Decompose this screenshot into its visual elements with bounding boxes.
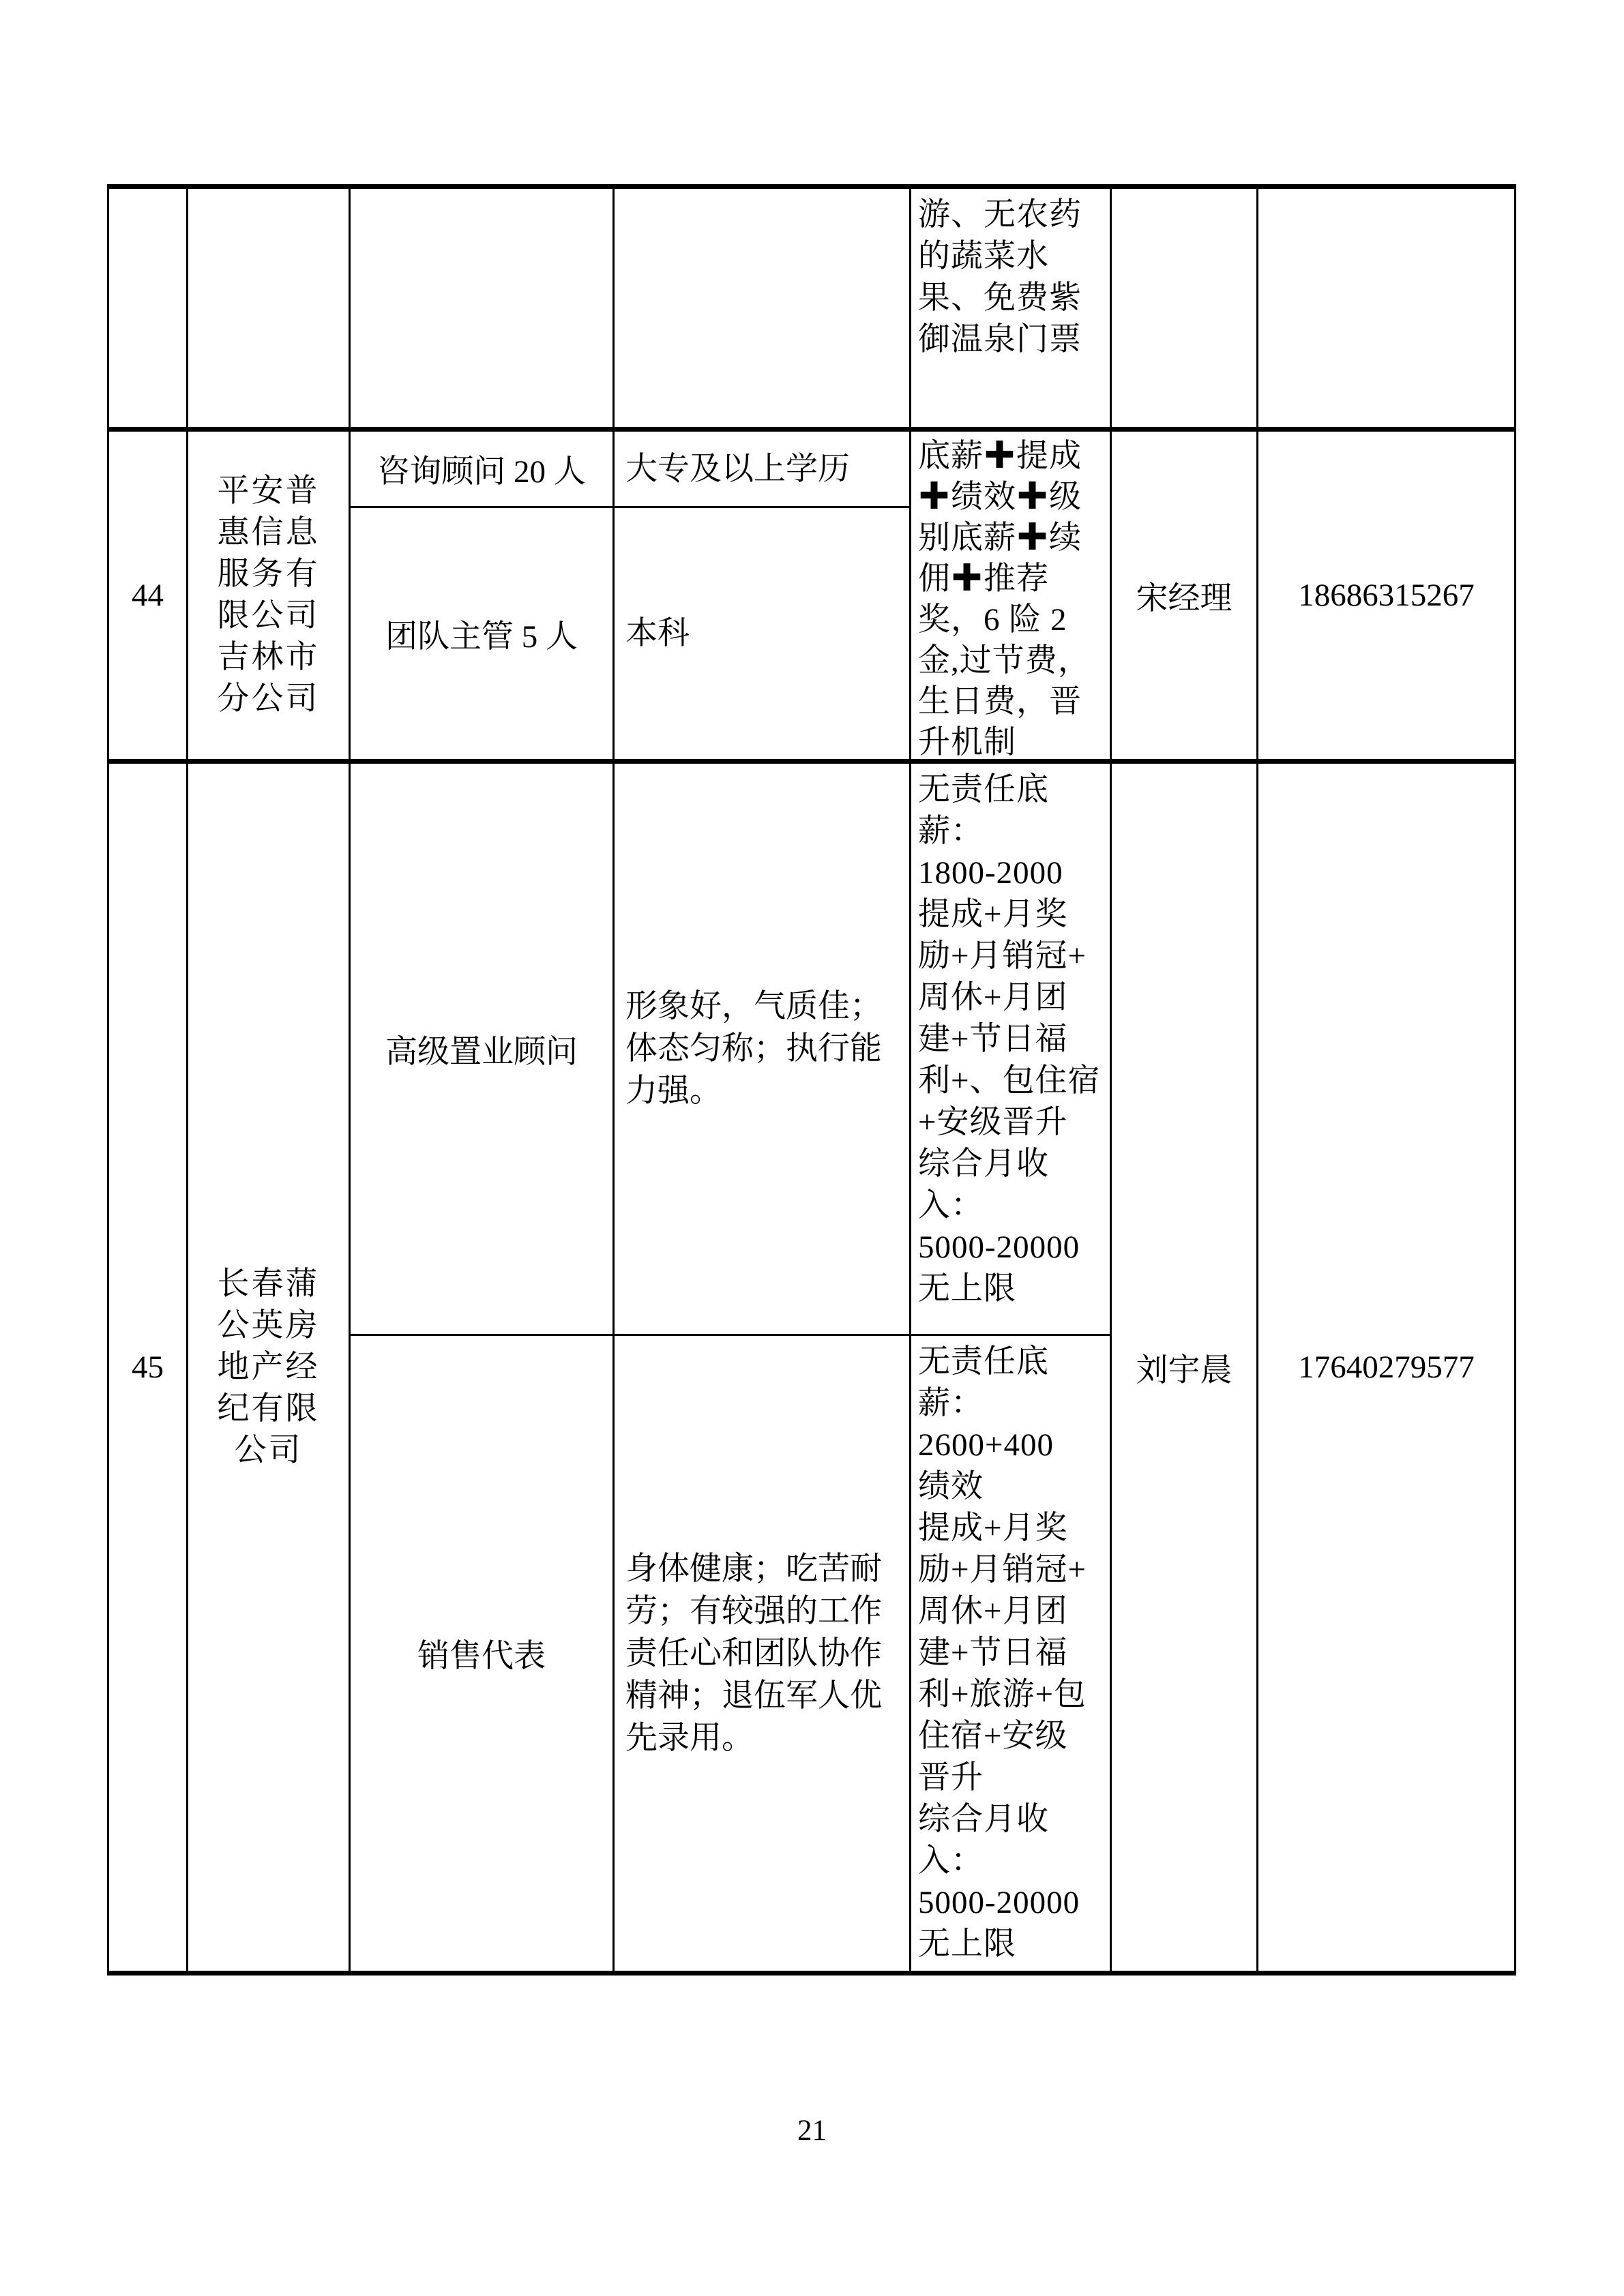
carryover-number-cell [109,189,188,432]
row-44-requirement-1-cell: 大专及以上学历 [615,432,911,508]
row-45-company-cell: 长春蒲 公英房 地产经 纪有限 公司 [188,764,351,1971]
document-page: 游、无农药 的蔬菜水 果、免费紫 御温泉门票 44 平安普 惠信息 服务有 限公… [0,0,1624,2296]
carryover-phone-cell [1258,189,1514,432]
row-44-phone-cell: 18686315267 [1258,432,1514,764]
row-45-salary-2-cell: 无责任底 薪： 2600+400 绩效 提成+月奖 励+月销冠+ 周休+月团 建… [911,1336,1112,1971]
row-44-requirement-2-cell: 本科 [615,508,911,764]
carryover-benefits-cell: 游、无农药 的蔬菜水 果、免费紫 御温泉门票 [911,189,1112,432]
row-44-company-cell: 平安普 惠信息 服务有 限公司 吉林市 分公司 [188,432,351,764]
row-45-salary-1-cell: 无责任底 薪： 1800-2000 提成+月奖 励+月销冠+ 周休+月团 建+节… [911,764,1112,1336]
carryover-company-cell [188,189,351,432]
recruitment-table: 游、无农药 的蔬菜水 果、免费紫 御温泉门票 44 平安普 惠信息 服务有 限公… [107,184,1516,1976]
row-44-salary-cell: 底薪✚提成 ✚绩效✚级 别底薪✚续 佣✚推荐 奖，6 险 2 金,过节费， 生日… [911,432,1112,764]
carryover-requirement-cell [615,189,911,432]
row-44-number-cell: 44 [109,432,188,764]
row-44-position-2-cell: 团队主管 5 人 [351,508,615,764]
row-45-phone-cell: 17640279577 [1258,764,1514,1971]
carryover-position-cell [351,189,615,432]
page-number: 21 [0,2114,1624,2147]
row-45-requirement-1-cell: 形象好，气质佳； 体态匀称；执行能 力强。 [615,764,911,1336]
row-45-requirement-2-cell: 身体健康；吃苦耐 劳；有较强的工作 责任心和团队协作 精神；退伍军人优 先录用。 [615,1336,911,1971]
row-45-position-2-cell: 销售代表 [351,1336,615,1971]
carryover-contact-cell [1112,189,1258,432]
row-45-contact-cell: 刘宇晨 [1112,764,1258,1971]
row-45-number-cell: 45 [109,764,188,1971]
row-45-position-1-cell: 高级置业顾问 [351,764,615,1336]
row-44-contact-cell: 宋经理 [1112,432,1258,764]
row-44-position-1-cell: 咨询顾问 20 人 [351,432,615,508]
